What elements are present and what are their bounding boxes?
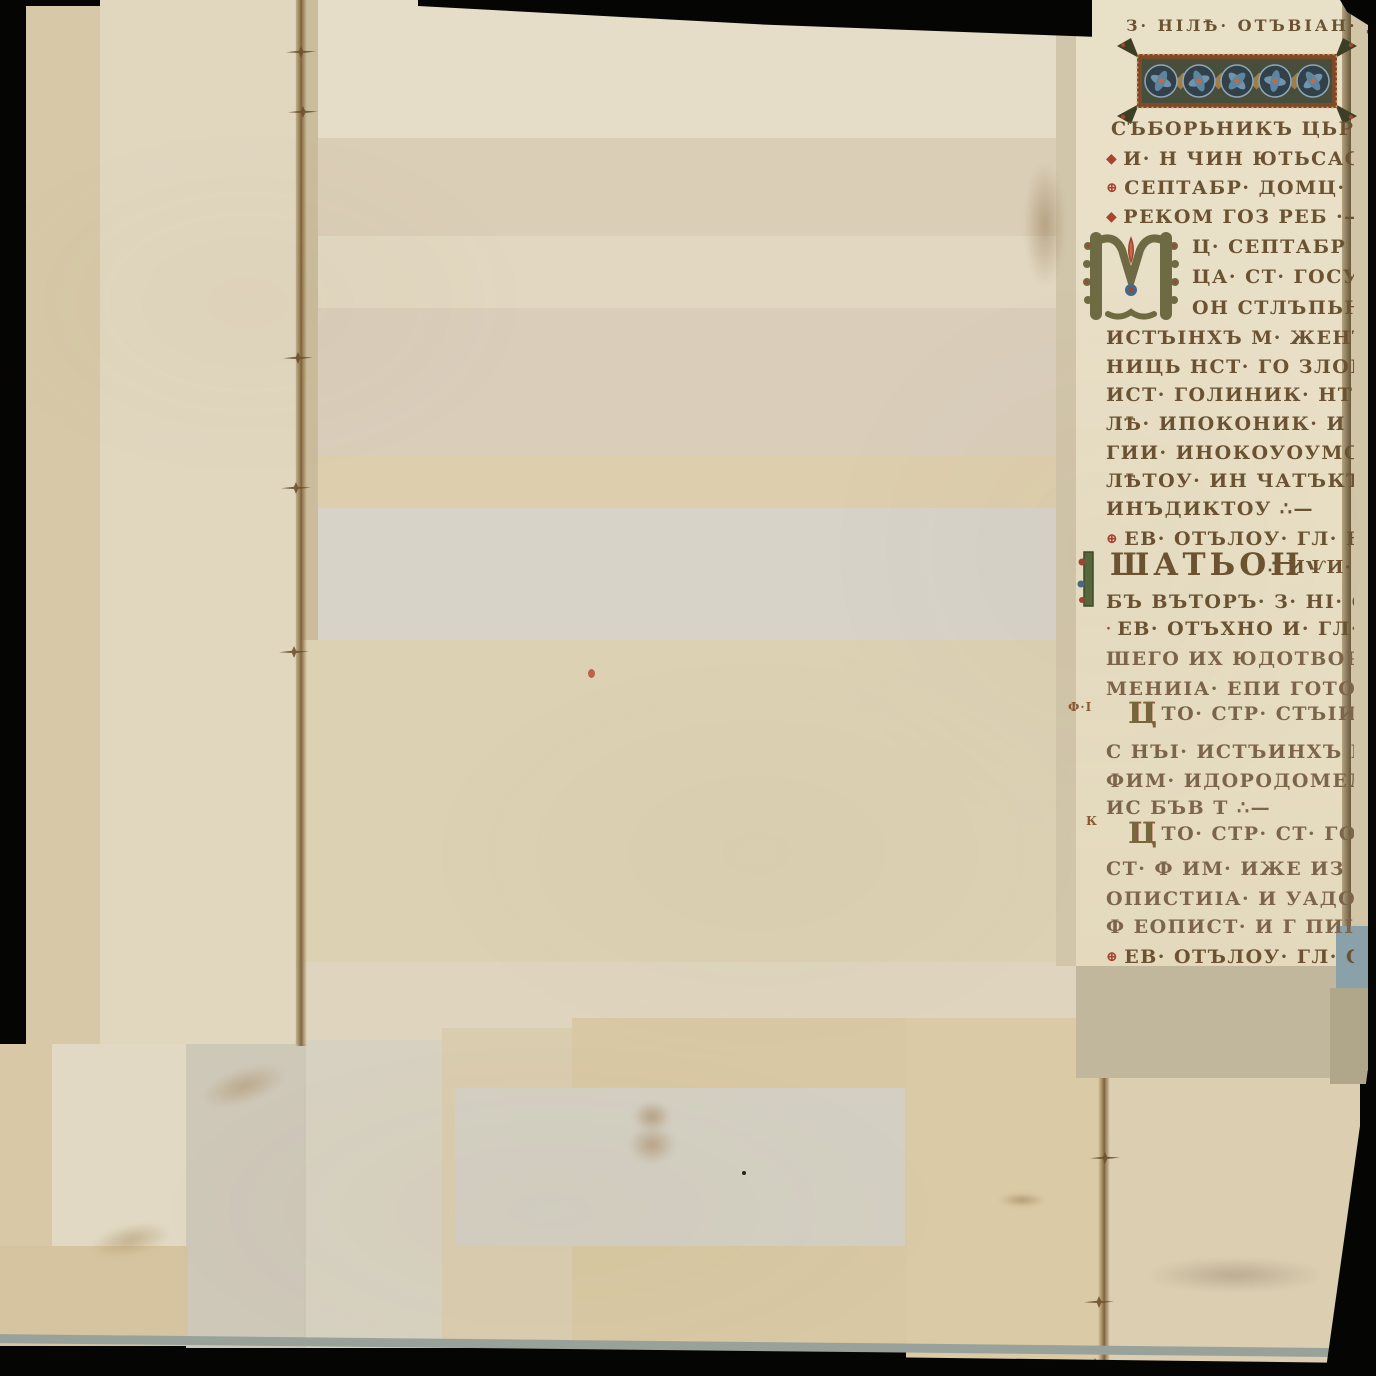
binding-seam: [295, 0, 307, 1046]
text-line: ⊕ЕВ· ОТЪЛОУ· ГЛ· НІ ·◆: [1106, 528, 1354, 551]
speck: [742, 1171, 746, 1175]
binding-seam: [1098, 1078, 1110, 1376]
text-line: ШЕГО ИХ ЮДОТВОРЬЦ· ЕУ: [1106, 648, 1354, 671]
text-line: ⊕СЕПТАБР· ДОМЦ· БГОСТ ·: [1106, 177, 1354, 200]
text-column: СЪБОРЬНИКЪ ЦЬРКЪВЬНЪІ ◆И· Н ЧИН ЮТЬСАОТЪ…: [1100, 0, 1354, 970]
text-line: ИСТЪІНХЪ М· ЖЕНЪ УРЬ: [1106, 327, 1354, 350]
parchment-patch: [318, 236, 1080, 308]
text-line: ЦА· СТ· ГОСУМЕ: [1192, 266, 1354, 289]
text-line: ГИИ· ИНОКОУОУМОУ: [1106, 442, 1354, 465]
text-line: С НЪІ· ИСТЪИНХЪ МКЪ· ТРО: [1106, 741, 1354, 764]
text-line: ЦТО· СТР· СТЪІИ МАМЦА· ЕУ: [1128, 702, 1354, 726]
text-line: ИСТ· ГОЛИНИК· НТ: [1106, 384, 1353, 407]
manuscript-scan: З· НІЛѢ· ОТЪВІАН· ДѢ ШАТЬОН ∴ ИѰИ· Ф·І К…: [0, 0, 1376, 1376]
ink-show-through: [1150, 1258, 1320, 1292]
parchment-patch: [1330, 988, 1370, 1084]
parchment-patch: [1108, 1028, 1360, 1376]
parchment-patch: [306, 1040, 442, 1348]
margin-mark: К: [1086, 814, 1098, 828]
red-mark: [588, 669, 595, 678]
text-line: ОН СТЛЪПЬНИК ·: [1192, 297, 1354, 320]
text-line: ФИМ· ИДОРОДОМЕДОНТ ·: [1106, 770, 1354, 793]
text-line: ◆РЕКОМ ГОЗ РЕБ ·—: [1106, 206, 1354, 229]
text-line: НИЦЬ НСТ· ГО ЗЛОН: [1106, 356, 1354, 379]
text-line: ОПИСТИІА· И УАДОУ ИГЕ ·: [1106, 888, 1354, 911]
margin-mark: Ф·І: [1068, 700, 1092, 714]
parchment-patch: [100, 0, 296, 1048]
text-line: ⊕ЕВ· ОТЪЛОУ· ГЛ· СИ ·: [1106, 946, 1354, 969]
parchment-patch: [0, 1246, 188, 1346]
text-line: СЪБОРЬНИКЪ ЦЬРКЪВЬНЪІ: [1106, 118, 1354, 141]
text-line: Ф ЕОПИСТ· И Г ПИІА ∴: [1106, 916, 1354, 939]
parchment-patch: [300, 640, 1080, 962]
parchment-patch: [318, 508, 1078, 640]
parchment-patch: [1056, 0, 1078, 966]
parchment-patch: [1076, 964, 1363, 1078]
blemish: [1000, 1194, 1044, 1206]
text-line: ЦТО· СТР· СТ· ГОМК· ЕУ: [1128, 822, 1354, 846]
stain-blob: [624, 1100, 680, 1164]
partial-initial: [1076, 550, 1098, 608]
parchment-patch: [26, 6, 102, 1046]
parchment-patch: [318, 308, 1080, 456]
text-line: ИНЪДИКТОУ ∴—: [1106, 498, 1314, 521]
text-line: ЛѢ· ИПОКОНИК· И У: [1106, 413, 1354, 436]
text-line: СТ· Ф ИМ· ИЖЕ ИЗ ИНГО· ФЕ: [1106, 858, 1354, 881]
text-line: БЪ ВЪТОРЪ· З· НІ· Ѿ П ІХ: [1106, 591, 1354, 614]
parchment-patch: [318, 456, 1078, 508]
parchment-patch: [318, 138, 1080, 236]
text-line: ◆И· Н ЧИН ЮТЬСАОТЪАЛЦ: [1106, 148, 1354, 171]
ink-show-through: [1024, 162, 1066, 288]
right-edge-shadow: [1368, 0, 1376, 1376]
text-line: ·ЕВ· ОТЪХНО И· ГЛ· РПѲ ·∴: [1106, 618, 1354, 641]
text-line: Ц· СЕПТАБР П: [1192, 236, 1354, 259]
text-line: ЛѢТОУ· ИН ЧАТЪКЪ: [1106, 470, 1354, 493]
parchment-patch: [455, 1088, 905, 1246]
